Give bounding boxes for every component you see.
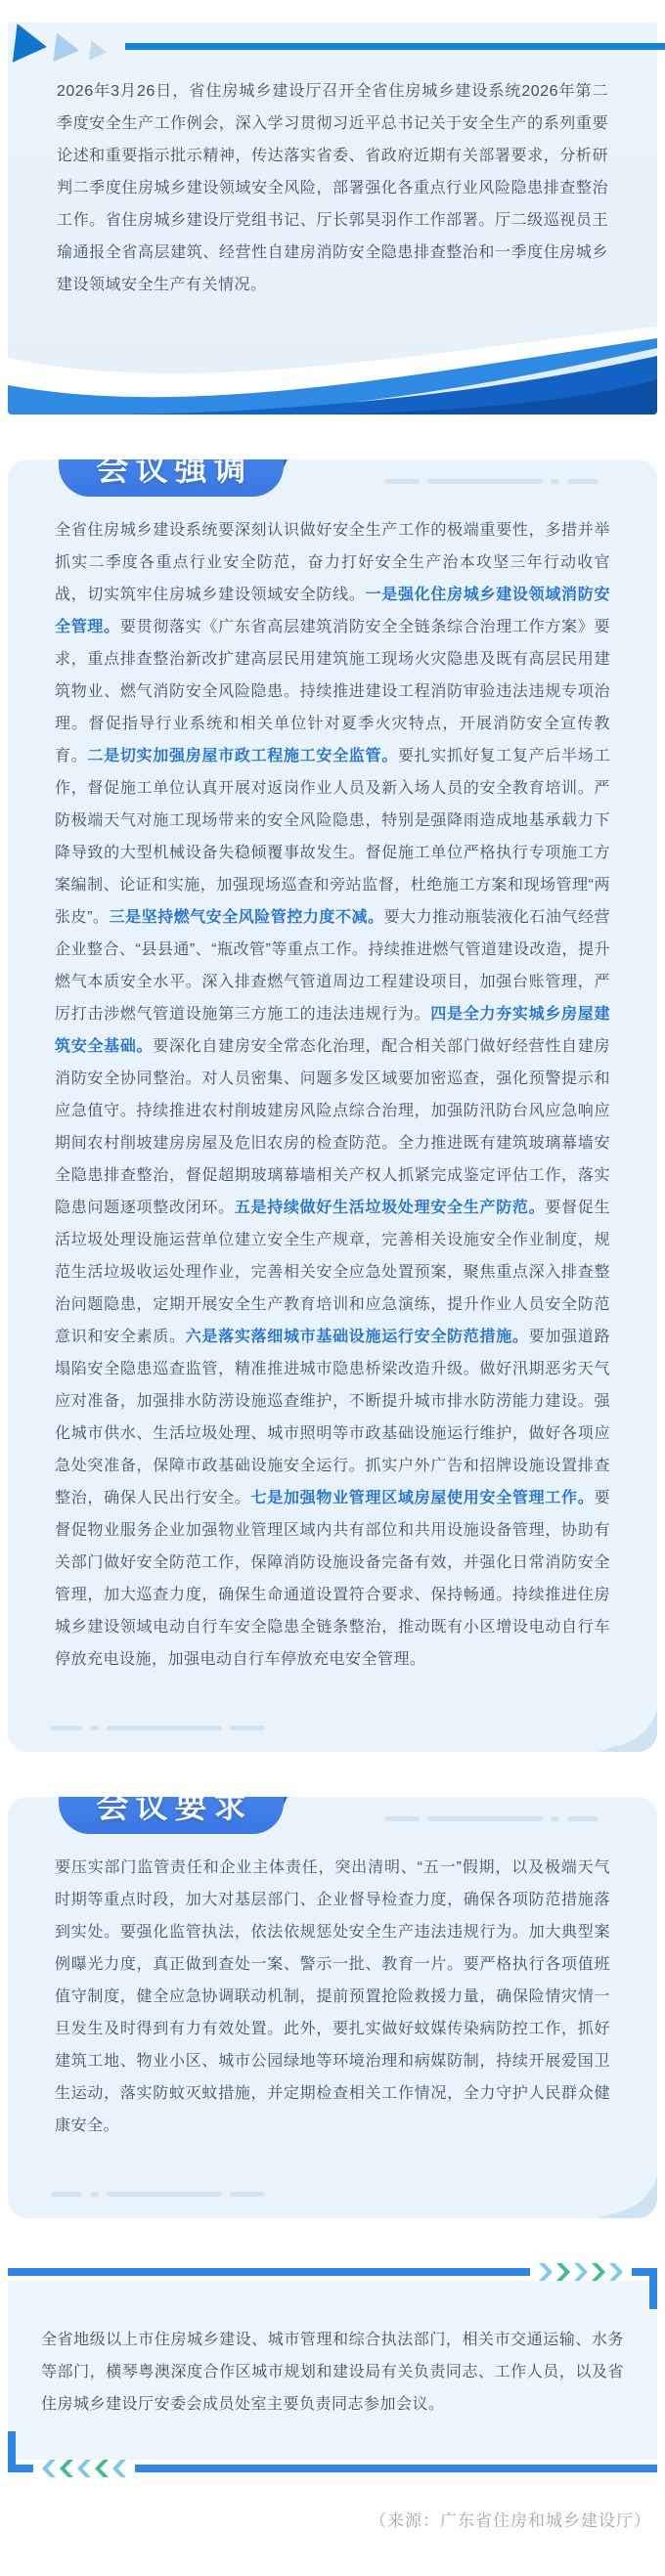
chevron-left-icon: [42, 2460, 56, 2477]
page-curl-icon: [597, 2163, 657, 2218]
chevron-right-icons: [539, 2263, 623, 2281]
section-title: 会议强调: [59, 459, 284, 497]
dash-decoration: [51, 2192, 265, 2197]
ribbon-emphasis: 会议强调: [59, 459, 284, 497]
section-card-emphasis: 会议强调 全省住房城乡建设系统要深刻认识做好安全生产工作的极端重要性，多措并举抓…: [8, 459, 657, 1752]
source-text: （来源：广东省住房和城乡建设厅）: [14, 2507, 651, 2531]
participants-body: 全省地级以上市住房城乡建设、城市管理和综合执法部门，相关市交通运输、水务等部门，…: [8, 2281, 657, 2460]
top-decoration: [0, 22, 665, 69]
chevron-left-icons: [42, 2460, 126, 2477]
chevron-right-icon: [592, 2263, 605, 2281]
section-title: 会议要求: [59, 1797, 284, 1834]
intro-card: 2026年3月26日，省住房城乡建设厅召开全省住房城乡建设系统2026年第二季度…: [8, 22, 657, 415]
chevron-left-icon: [95, 2460, 109, 2477]
frame-corner-left: [8, 2431, 16, 2472]
dash-decoration: [51, 1725, 265, 1730]
chevron-right-icon: [609, 2263, 623, 2281]
page-curl-icon: [597, 1697, 657, 1752]
arrow-triangle-icon: [89, 40, 108, 63]
dash-decoration: [384, 479, 598, 484]
frame-top-border: [8, 2263, 657, 2281]
intro-paragraph: 2026年3月26日，省住房城乡建设厅召开全省住房城乡建设系统2026年第二季度…: [57, 75, 608, 301]
wave-decoration: [8, 325, 657, 415]
chevron-left-icon: [112, 2460, 126, 2477]
arrow-triangle-icon: [13, 23, 50, 66]
frame-corner-right: [649, 2268, 657, 2309]
participants-text: 全省地级以上市住房城乡建设、城市管理和综合执法部门，相关市交通运输、水务等部门，…: [41, 2324, 624, 2421]
chevron-right-icon: [574, 2263, 588, 2281]
ribbon-requirements: 会议要求: [59, 1797, 284, 1834]
chevron-left-icon: [77, 2460, 91, 2477]
dash-decoration: [384, 1816, 598, 1821]
section-body-requirements: 要压实部门监管责任和企业主体责任，突出清明、“五一”假期，以及极端天气时期等重点…: [55, 1852, 610, 2142]
section-body-emphasis: 全省住房城乡建设系统要深刻认识做好安全生产工作的极端重要性，多措并举抓实二季度各…: [55, 514, 610, 1676]
chevron-right-icon: [539, 2263, 553, 2281]
divider-line: [125, 43, 665, 50]
section-card-requirements: 会议要求 要压实部门监管责任和企业主体责任，突出清明、“五一”假期，以及极端天气…: [8, 1797, 657, 2218]
arrow-triangle-icon: [53, 33, 80, 65]
chevron-right-icon: [556, 2263, 570, 2281]
participants-frame: 全省地级以上市住房城乡建设、城市管理和综合执法部门，相关市交通运输、水务等部门，…: [8, 2263, 657, 2477]
chevron-left-icon: [60, 2460, 73, 2477]
frame-bottom-border: [8, 2460, 657, 2477]
